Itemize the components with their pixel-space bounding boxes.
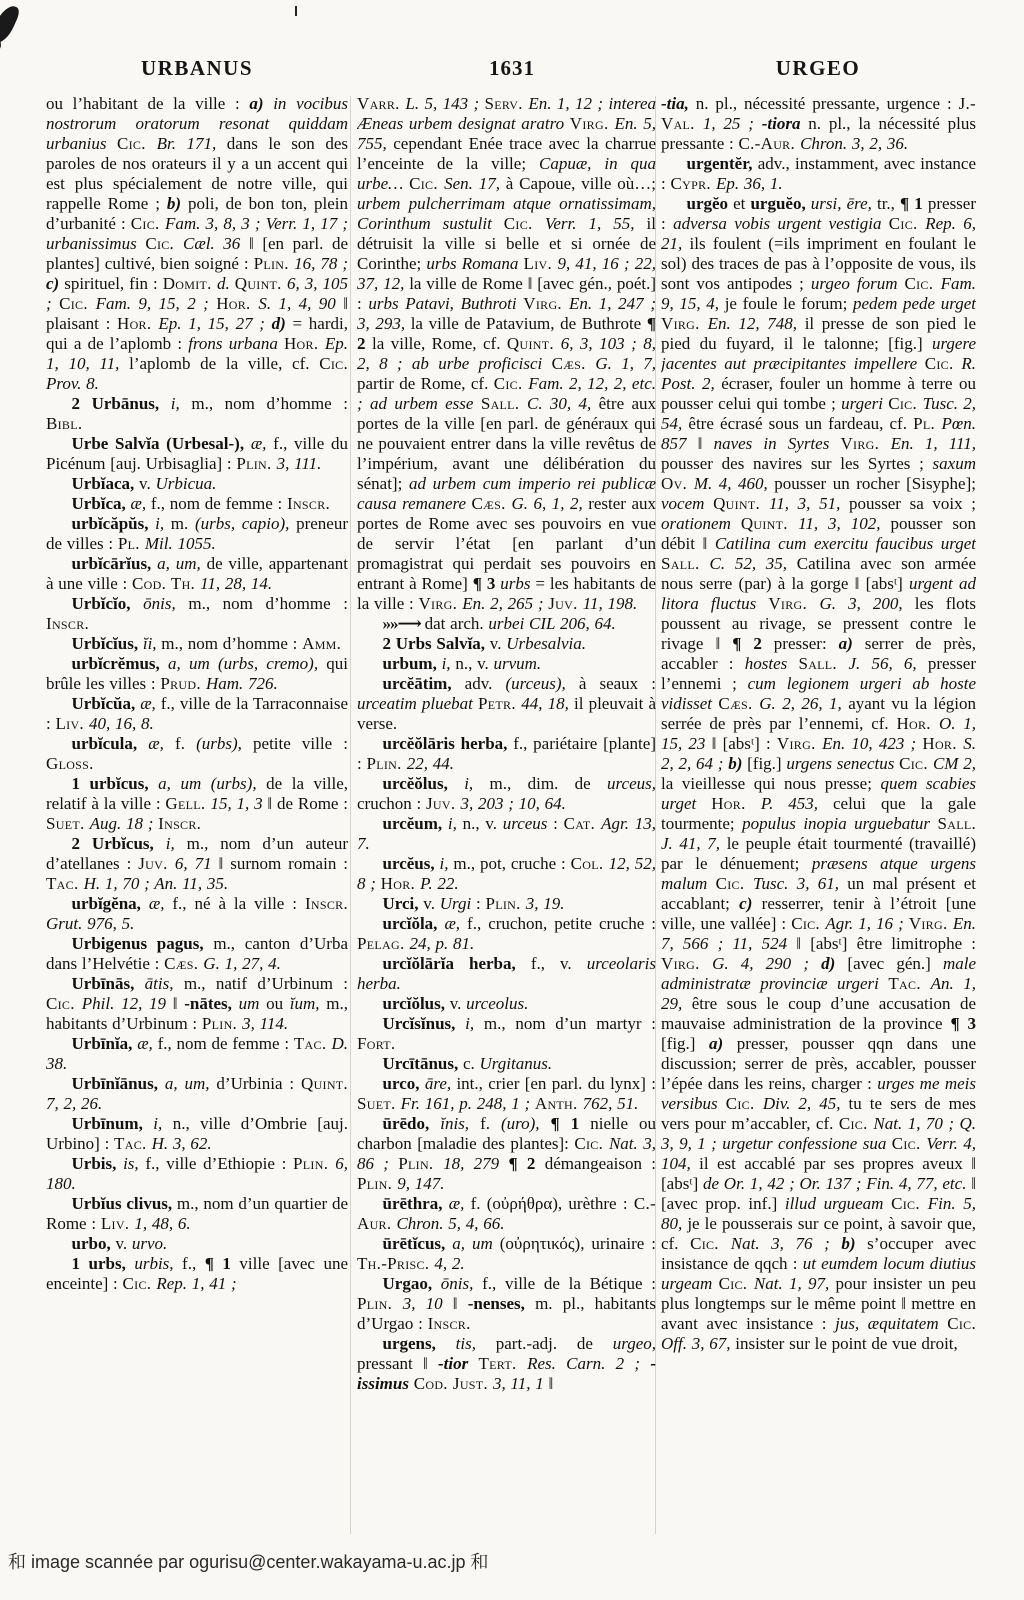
text-run: Tac. [46, 874, 84, 893]
text-run: urcĕātim, [383, 674, 465, 693]
text-run: tis, [456, 1334, 496, 1353]
text-run: pousser un rocher [Sisyphe]; [774, 474, 976, 493]
text-run: Pl. [913, 414, 941, 433]
text-run: démangeaison : [545, 1154, 656, 1173]
text-run: Cod. Just. [414, 1374, 493, 1393]
text-run: Virg. [661, 954, 712, 973]
text-run: æ, [148, 734, 175, 753]
text-run: urbĭcrĕmus, [72, 654, 169, 673]
text-run: n., v. [463, 814, 503, 833]
dictionary-paragraph: urgĕo et urguĕo, ursi, ēre, tr., ¶ 1 pre… [661, 194, 976, 1354]
text-run: Sall. [661, 554, 710, 573]
text-run: Tac. [114, 1134, 152, 1153]
text-run: Urbīnum, [72, 1114, 154, 1133]
dictionary-paragraph: urcĕātim, adv. (urceus), à seaux : urcea… [357, 674, 656, 734]
text-run: tr., [877, 194, 900, 213]
text-run: i, [440, 854, 454, 873]
text-run: urgeo, [613, 1334, 656, 1353]
running-head-left: URBANUS [46, 56, 348, 81]
text-run: Chron. 5, 4, 66. [396, 1214, 504, 1233]
dictionary-paragraph: 1 urbĭcus, a, um (urbs), de la ville, re… [46, 774, 348, 834]
dictionary-paragraph: Urcītānus, c. Urgitanus. [357, 1054, 656, 1074]
text-run: urvo. [132, 1234, 167, 1253]
text-run: Quint. [507, 334, 561, 353]
dictionary-paragraph: 2 Urbs Salvĭa, v. Urbesalvia. [357, 634, 656, 654]
text-run: Tert. [478, 1354, 527, 1373]
text-run: Cic. [131, 214, 165, 233]
text-run: ‖ [absᵗ] : [712, 734, 777, 753]
text-run: urbum, [383, 654, 442, 673]
dictionary-paragraph: Urbĭca, æ, f., nom de femme : Inscr. [46, 494, 348, 514]
text-run: Cic. [904, 274, 940, 293]
dictionary-paragraph: urbĭcārĭus, a, um, de ville, appartenant… [46, 554, 348, 594]
text-run: Nat. 1, 97, [754, 1274, 836, 1293]
text-run: Bibl. [46, 414, 82, 433]
dictionary-paragraph: urgens, tis, part.-adj. de urgeo, pressa… [357, 1334, 656, 1394]
text-run: Urbesalvia. [506, 634, 586, 653]
text-run: (οὐρητικός), urinaire : [500, 1234, 656, 1253]
text-run: à seaux : [579, 674, 656, 693]
text-run: ¶ 2 [508, 1154, 544, 1173]
dictionary-paragraph: Urbĭcĭus, ĭi, m., nom d’homme : Amm. [46, 634, 348, 654]
text-run: Plin. [357, 1174, 397, 1193]
text-run: urbs Patavi, Buthroti [368, 294, 523, 313]
text-run: Suet. [46, 814, 90, 833]
text-run: l’aplomb de la ville, cf. [129, 354, 319, 373]
text-run: 3, 111. [277, 454, 322, 473]
text-run: urceus, [607, 774, 656, 793]
text-run: ¶ 1 [551, 1114, 591, 1133]
text-run: Cæs. [552, 354, 596, 373]
dictionary-paragraph: urcĕŏlus, i, m., dim. de urceus, cruchon… [357, 774, 656, 814]
text-run: : [471, 894, 485, 913]
text-run: Agr. 1, 16 ; [825, 914, 908, 933]
text-run: ¶ 2 [732, 634, 774, 653]
text-run: urbo, [72, 1234, 116, 1253]
text-run: Br. 171, [157, 134, 227, 153]
text-run: S. 1, 4, 90 [258, 294, 343, 313]
text-run: Liv. [101, 1214, 135, 1233]
dictionary-paragraph: »»⟶ dat arch. urbei CIL 206, 64. [357, 614, 656, 634]
text-run: Anth. [535, 1094, 583, 1113]
text-run: v. [490, 634, 506, 653]
text-run: i, [153, 1114, 172, 1133]
text-run: Ep. 1, 15, 27 ; [158, 314, 271, 333]
text-run: saxum [933, 454, 976, 473]
dictionary-paragraph: Urbīnĭānus, a, um, d’Urbinia : Quint. 7,… [46, 1074, 348, 1114]
text-run: m., nom d’homme : [191, 394, 348, 413]
text-run: i, [166, 834, 187, 853]
dictionary-paragraph: urcĕus, i, m., pot, cruche : Col. 12, 52… [357, 854, 656, 894]
scan-ink-artifact [0, 2, 21, 46]
text-run: Inscr. [428, 1314, 471, 1333]
text-run: ūrēdo, [383, 1114, 441, 1133]
text-run: Gloss. [46, 754, 94, 773]
text-run: c) [46, 274, 64, 293]
text-run: (urbs, capio), [195, 514, 296, 533]
text-run: Sall. [481, 394, 527, 413]
text-run: f. [175, 734, 196, 753]
text-run: Urbis, [72, 1154, 124, 1173]
text-run: m., nom d’un martyr : [484, 1014, 656, 1033]
dictionary-paragraph: Urbe Salvĭa (Urbesal-), æ, f., ville du … [46, 434, 348, 474]
text-run: ōnis, [143, 594, 188, 613]
text-run: Cic. [716, 874, 753, 893]
text-run: int., crier [en parl. du lynx] : [456, 1074, 656, 1093]
text-run: Urgitanus. [480, 1054, 553, 1073]
text-run: (uro), [501, 1114, 551, 1133]
text-run: pousser des navires sur les Syrtes ; [661, 454, 933, 473]
text-run: jus, æquitatem [835, 1314, 947, 1333]
text-run: part.-adj. de [496, 1334, 613, 1353]
text-run: d) [272, 314, 293, 333]
text-run: la ville, Rome, cf. [372, 334, 507, 353]
text-run: urbs Romana [426, 254, 523, 273]
text-run: Juv. [426, 794, 460, 813]
text-run: Cic. [726, 1094, 763, 1113]
text-run: Sall. [937, 814, 976, 833]
dictionary-paragraph: urcĭŏlārĭa herba, f., v. urceolaris herb… [357, 954, 656, 994]
text-run: adversa vobis urgent vestigia [673, 214, 889, 233]
text-run: f., nom de femme : [151, 494, 287, 513]
text-run: Tac. [294, 1034, 332, 1053]
text-run: urvum. [493, 654, 541, 673]
text-run: 16, 78 ; [294, 254, 348, 273]
text-run: f., ville de la Bétique : [482, 1274, 656, 1293]
text-run: Juv. [548, 594, 582, 613]
text-run: Cic. [925, 354, 962, 373]
text-run: adv. [465, 674, 506, 693]
text-run: Cic. [574, 1134, 609, 1153]
dictionary-paragraph: urbo, v. urvo. [46, 1234, 348, 1254]
text-run: Res. Carn. 2 ; [527, 1354, 650, 1373]
text-run: -tiora [762, 114, 809, 133]
text-run: Cic. [494, 374, 528, 393]
text-run: f., nom de femme : [158, 1034, 294, 1053]
text-run: Hor. [381, 874, 420, 893]
text-run: Cic. [319, 354, 348, 373]
text-run: Varr. [357, 94, 405, 113]
text-run: ūrētĭcus, [383, 1234, 453, 1253]
text-run: je foule le forum; [725, 294, 853, 313]
dictionary-paragraph: -tia, n. pl., nécessité pressante, urgen… [661, 94, 976, 154]
text-run: n., v. [455, 654, 493, 673]
text-run: Cod. Th. [132, 574, 200, 593]
text-run: Cic. [891, 1194, 928, 1213]
text-run: Cic. [839, 1114, 874, 1133]
dictionary-paragraph: Urbĭaca, v. Urbicua. [46, 474, 348, 494]
text-run: -tior [438, 1354, 478, 1373]
text-run: Urgao, [383, 1274, 441, 1293]
text-run: urgeo forum [811, 274, 905, 293]
text-run: d) [821, 954, 847, 973]
text-run: 3, 11, 1 [493, 1374, 549, 1393]
text-run: ūrēthra, [383, 1194, 449, 1213]
text-run: Virg. [768, 594, 819, 613]
text-run: Inscr. [305, 894, 348, 913]
text-run: Urbīnās, [72, 974, 145, 993]
text-run: Urbīnĭānus, [72, 1074, 165, 1093]
text-run: æ, [137, 1034, 157, 1053]
text-run: Cic. [889, 214, 925, 233]
dictionary-paragraph: Urbigenus pagus, m., canton d’Urba dans … [46, 934, 348, 974]
text-run: f. (οὐρήθρα), urèthre : [471, 1194, 634, 1213]
text-run: -tia, [661, 94, 696, 113]
text-run: Div. 2, 45, [763, 1094, 849, 1113]
text-run: ¶ 3 [473, 574, 501, 593]
text-run: Sall. [798, 654, 848, 673]
text-run: urgĕo [687, 194, 734, 213]
text-run: Pl. [118, 534, 145, 553]
text-run: 11, 28, 14. [200, 574, 272, 593]
text-run: 24, p. 81. [410, 934, 475, 953]
text-run: 7, 2, 26. [46, 1094, 102, 1113]
text-run: urcĕŏlāris herba, [383, 734, 514, 753]
text-run: c. [463, 1054, 480, 1073]
text-run: Fam. 9, 15, 2 ; [96, 294, 217, 313]
page-number: 1631 [362, 56, 662, 81]
text-run: ĭi, [143, 634, 161, 653]
text-run: a, um, [157, 554, 206, 573]
text-run: b) [728, 754, 747, 773]
text-run: 9, 147. [397, 1174, 444, 1193]
text-run: 40, 16, 8. [89, 714, 154, 733]
text-run: H. 3, 62. [152, 1134, 212, 1153]
text-run: n. pl., nécessité pressante, urgence : [696, 94, 959, 113]
column-divider [350, 96, 351, 1534]
text-run: [fig.] [747, 754, 786, 773]
text-run: v. [450, 994, 466, 1013]
text-run: ĭum, [290, 994, 326, 1013]
text-run: Virg. [840, 434, 890, 453]
text-run: CM 2, [933, 754, 976, 773]
text-run: Plin. [202, 1014, 242, 1033]
text-run: Cic. [409, 174, 444, 193]
text-run: cruchon : [357, 794, 426, 813]
text-run: Cypr. [670, 174, 715, 193]
text-run: f., ville d’Ethiopie : [145, 1154, 293, 1173]
text-run: urbis, [134, 1254, 182, 1273]
text-run: P. 22. [420, 874, 458, 893]
text-run: 1 urbĭcus, [72, 774, 159, 793]
text-run: m., dim. de [490, 774, 608, 793]
text-run: urbĭgĕna, [72, 894, 149, 913]
dictionary-paragraph: 2 Urbĭcus, i, m., nom d’un auteur d’atel… [46, 834, 348, 894]
text-run: dat arch. [425, 614, 489, 633]
scan-tick-artifact [295, 6, 297, 16]
dictionary-paragraph: Urbīnās, ātis, m., natif d’Urbinum : Cic… [46, 974, 348, 1034]
text-run: i, [442, 654, 456, 673]
dictionary-paragraph: Urbĭcŭa, æ, f., ville de la Tarraconnais… [46, 694, 348, 734]
text-run: urcĭŏla, [383, 914, 445, 933]
text-run: Inscr. [287, 494, 330, 513]
text-run: ‖ [453, 1294, 468, 1313]
text-run: ōnis, [441, 1274, 482, 1293]
text-run: En. 10, 423 ; [822, 734, 922, 753]
text-run: urceus [503, 814, 548, 833]
text-run: v. [115, 1234, 131, 1253]
text-run: -nenses, [468, 1294, 535, 1313]
dictionary-paragraph: urbum, i, n., v. urvum. [357, 654, 656, 674]
text-run: Cic. [899, 754, 933, 773]
text-run: 1 urbs, [72, 1254, 135, 1273]
text-run: 11, 3, 51, [769, 494, 849, 513]
text-run: urgens senectus [786, 754, 899, 773]
text-run: Cic. [46, 994, 82, 1013]
text-run: Plin. [236, 454, 276, 473]
text-run: Cic. [888, 394, 922, 413]
text-run: frons urbana [188, 334, 284, 353]
text-run: 2 Urbs Salvĭa, [383, 634, 490, 653]
dictionary-paragraph: urcĭŏla, æ, f., cruchon, petite cruche :… [357, 914, 656, 954]
text-run: b) [167, 194, 188, 213]
text-run: [avec gén.] [847, 954, 943, 973]
text-run: G. 3, 200, [819, 594, 914, 613]
running-head-right: URGEO [660, 56, 976, 81]
text-run: a, um, [165, 1074, 217, 1093]
text-run: 44, 18, [521, 694, 574, 713]
text-run: spirituel, fin : [64, 274, 163, 293]
text-run: En. 12, 748, [708, 314, 805, 333]
text-run: Quint. [741, 514, 798, 533]
text-run: Urbīnĭa, [72, 1034, 138, 1053]
text-run: urbĭcula, [72, 734, 149, 753]
text-run: Hor. [216, 294, 258, 313]
text-run: ou [266, 994, 290, 1013]
text-run: v. [139, 474, 155, 493]
dictionary-paragraph: ūrēthra, æ, f. (οὐρήθρα), urèthre : C.-A… [357, 1194, 656, 1234]
text-run: c) [739, 894, 761, 913]
text-run: āre, [425, 1074, 457, 1093]
dictionary-paragraph: Urcĭsĭnus, i, m., nom d’un martyr : Fort… [357, 1014, 656, 1054]
text-run: Cic. [117, 134, 157, 153]
text-run: Hor. [922, 734, 963, 753]
text-run: æ, [449, 1194, 471, 1213]
text-run: Inscr. [158, 814, 201, 833]
text-run: Cic. [59, 294, 96, 313]
text-run: i, [465, 1014, 484, 1033]
text-run: Cic. [947, 1314, 976, 1333]
text-run: 11, 198. [583, 594, 638, 613]
text-run: J. 41, 7, [661, 834, 727, 853]
text-run: a, um (urbs), [158, 774, 266, 793]
text-run: Virg. [777, 734, 822, 753]
text-run: æ, [149, 894, 173, 913]
text-run: Urbĭus clivus, [72, 1194, 177, 1213]
text-run: a) [249, 94, 273, 113]
text-run: vocem [661, 494, 713, 513]
text-run: naves in Syrtes [714, 434, 841, 453]
text-run: Hor. [896, 714, 938, 733]
text-run: L. 5, 143 ; [405, 94, 484, 113]
text-run: Hor. [284, 334, 325, 353]
text-run: Fr. 161, p. 248, 1 ; [401, 1094, 535, 1113]
text-run: Amm. [302, 634, 341, 653]
text-run: G. 6, 1, 2, [511, 494, 588, 513]
text-run: a, um (urbs, cremo), [168, 654, 326, 673]
dictionary-paragraph: urbĭcrĕmus, a, um (urbs, cremo), qui brû… [46, 654, 348, 694]
text-run: æ, [251, 434, 273, 453]
text-run: æ, [140, 694, 161, 713]
text-run: 3, 114. [242, 1014, 288, 1033]
text-run: Virg. [661, 314, 708, 333]
text-run: Verr. 1, 55, [545, 214, 647, 233]
text-run: is, [123, 1154, 145, 1173]
text-run: Cic. [719, 1274, 754, 1293]
text-run: urcĭŏlārĭa herba, [383, 954, 531, 973]
text-run: la vieillesse qui nous presse; [661, 774, 881, 793]
text-run: a, um [452, 1234, 499, 1253]
text-run: urcĕŏlus, [383, 774, 465, 793]
text-run: C.-Aur. [738, 134, 800, 153]
text-run: P. 453, [761, 794, 833, 813]
dictionary-paragraph: ūrētĭcus, a, um (οὐρητικός), urinaire : … [357, 1234, 656, 1274]
text-run: i, [448, 814, 463, 833]
text-run: f., né à la ville : [172, 894, 305, 913]
text-run: G. 1, 27, 4. [203, 954, 281, 973]
text-run: a) [839, 634, 865, 653]
text-run: presser: [774, 634, 839, 653]
text-run: ‖ surnom romain : [219, 854, 348, 873]
text-run: f., v. [531, 954, 587, 973]
text-run: à Capoue, ville où…; [506, 174, 656, 193]
text-run: Juv. [138, 854, 175, 873]
text-run: Cæs. [164, 954, 203, 973]
text-run: pousser sa voix ; [849, 494, 976, 513]
text-run: 1, 48, 6. [134, 1214, 190, 1233]
text-run: Aug. 18 ; [90, 814, 159, 833]
text-run: Cæl. 36 [183, 234, 249, 253]
text-run: Petr. [478, 694, 521, 713]
text-run: (urceus), [505, 674, 578, 693]
text-run: Tac. [888, 974, 930, 993]
text-run: orationem [661, 514, 741, 533]
text-run: Ep. 36, 1. [716, 174, 783, 193]
text-run: être sous le coup d’une accusation de ma… [661, 994, 976, 1033]
text-run: urgeri [841, 394, 888, 413]
text-run: Plin. [485, 894, 525, 913]
dictionary-paragraph: Urbĭus clivus, m., nom d’un quartier de … [46, 1194, 348, 1234]
text-run: Prov. 8. [46, 374, 99, 393]
text-run: partir de Rome, cf. [357, 374, 494, 393]
dictionary-paragraph: 2 Urbānus, i, m., nom d’homme : Bibl. [46, 394, 348, 434]
text-run: b) [841, 1234, 867, 1253]
text-run: Urbĭca, [72, 494, 131, 513]
text-run: 22, 44. [407, 754, 454, 773]
text-run: G. 4, 290 ; [712, 954, 821, 973]
text-run: æ, [444, 914, 467, 933]
text-run: ‖ [549, 1374, 554, 1393]
text-run: Quint. [713, 494, 769, 513]
dictionary-paragraph: urbĭcula, æ, f. (urbs), petite ville : G… [46, 734, 348, 774]
text-run: d. [217, 274, 235, 293]
text-run: Domit. [163, 274, 217, 293]
text-run: Off. 3, 67, [661, 1334, 735, 1353]
text-run: Chron. 3, 2, 36. [800, 134, 908, 153]
text-run: f., [182, 1254, 205, 1273]
text-run: Cæs. [472, 494, 512, 513]
text-run: 6, 71 [175, 854, 219, 873]
text-run: ¶ 3 [950, 1014, 976, 1033]
text-run: Mil. 1055. [145, 534, 216, 553]
text-run: f., cruchon, petite cruche : [467, 914, 656, 933]
text-run: urgens, [383, 1334, 456, 1353]
text-run: Phil. 12, 19 [82, 994, 173, 1013]
text-run: Gell. [165, 794, 210, 813]
text-run: a) [709, 1034, 737, 1053]
text-run: 1, 25 ; [703, 114, 762, 133]
text-run: Cat. [564, 814, 602, 833]
